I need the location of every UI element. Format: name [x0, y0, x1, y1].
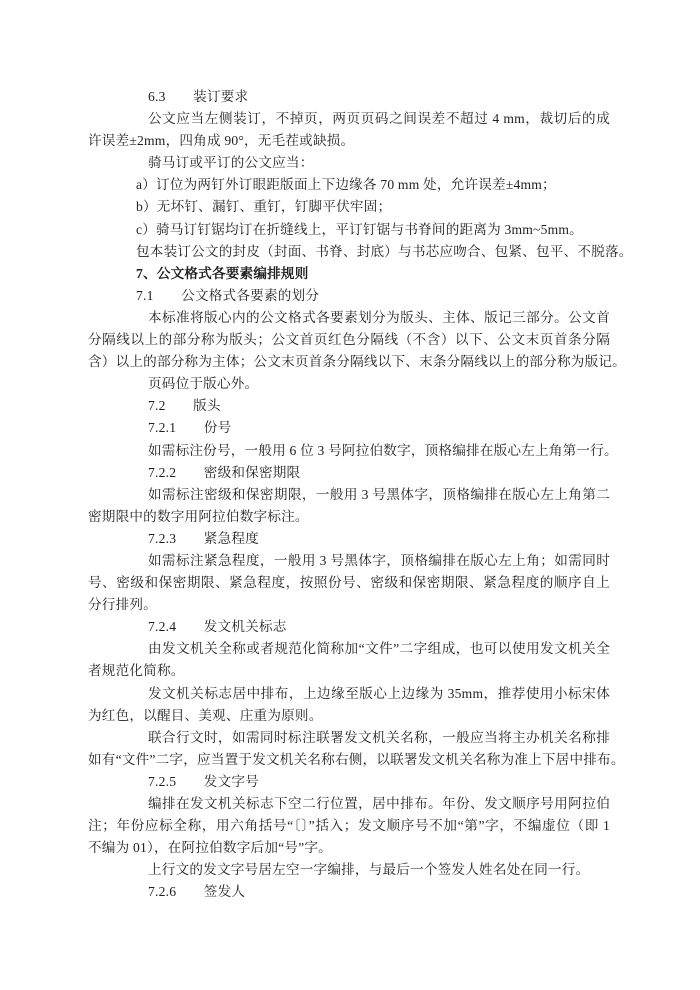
text-line: c）骑马订钉锯均订在折缝线上，平订钉锯与书脊间的距离为 3mm~5mm。 [88, 219, 610, 241]
text-line: 编排在发文机关标志下空二行位置，居中排布。年份、发文顺序号用阿拉伯数字标 [88, 793, 610, 815]
text-line: 分行排列。 [88, 594, 610, 616]
text-line: 分隔线以上的部分称为版头；公文首页红色分隔线（不含）以下、公文末页首条分隔线（不 [88, 329, 610, 351]
section-heading: 7、公文格式各要素编排规则 [88, 263, 610, 285]
document-body: 6.3 装订要求公文应当左侧装订，不掉页，两页页码之间误差不超过 4 mm，裁切… [88, 86, 610, 903]
text-line: 本标准将版心内的公文格式各要素划分为版头、主体、版记三部分。公文首页红色 [88, 307, 610, 329]
section-heading: 7.1 公文格式各要素的划分 [88, 285, 610, 307]
text-line: 公文应当左侧装订，不掉页，两页页码之间误差不超过 4 mm，裁切后的成品尺寸允 [88, 108, 610, 130]
section-heading: 7.2.3 紧急程度 [88, 528, 610, 550]
text-line: 骑马订或平订的公文应当： [88, 152, 610, 174]
text-line: 包本装订公文的封皮（封面、书脊、封底）与书芯应吻合、包紧、包平、不脱落。 [88, 241, 610, 263]
section-heading: 7.2.4 发文机关标志 [88, 616, 610, 638]
text-line: b）无坏钉、漏钉、重钉，钉脚平伏牢固； [88, 196, 610, 218]
text-line: 注；年份应标全称，用六角括号“〔〕”括入；发文顺序号不加“第”字，不编虚位（即 … [88, 815, 610, 837]
text-line: 发文机关标志居中排布，上边缘至版心上边缘为 35mm，推荐使用小标宋体字，颜色 [88, 683, 610, 705]
document-page: 6.3 装订要求公文应当左侧装订，不掉页，两页页码之间误差不超过 4 mm，裁切… [0, 0, 700, 990]
section-heading: 6.3 装订要求 [88, 86, 610, 108]
text-line: a）订位为两钉外订眼距版面上下边缘各 70 mm 处，允许误差±4mm； [88, 174, 610, 196]
text-line: 含）以上的部分称为主体；公文末页首条分隔线以下、末条分隔线以上的部分称为版记。 [88, 351, 610, 373]
text-line: 号、密级和保密期限、紧急程度，按照份号、密级和保密期限、紧急程度的顺序自上而下 [88, 572, 610, 594]
section-heading: 7.2 版头 [88, 395, 610, 417]
text-line: 不编为 01），在阿拉伯数字后加“号”字。 [88, 837, 610, 859]
section-heading: 7.2.2 密级和保密期限 [88, 462, 610, 484]
text-line: 为红色，以醒目、美观、庄重为原则。 [88, 705, 610, 727]
text-line: 联合行文时，如需同时标注联署发文机关名称，一般应当将主办机关名称排列在前； [88, 727, 610, 749]
text-line: 如需标注份号，一般用 6 位 3 号阿拉伯数字，顶格编排在版心左上角第一行。 [88, 440, 610, 462]
text-line: 页码位于版心外。 [88, 373, 610, 395]
section-heading: 7.2.1 份号 [88, 417, 610, 439]
text-line: 由发文机关全称或者规范化简称加“文件”二字组成，也可以使用发文机关全称或 [88, 638, 610, 660]
section-heading: 7.2.5 发文字号 [88, 771, 610, 793]
text-line: 如有“文件”二字，应当置于发文机关名称右侧，以联署发文机关名称为准上下居中排布。 [88, 749, 610, 771]
text-line: 者规范化简称。 [88, 660, 610, 682]
text-line: 许误差±2mm，四角成 90°，无毛茬或缺损。 [88, 130, 610, 152]
text-line: 如需标注紧急程度，一般用 3 号黑体字，顶格编排在版心左上角；如需同时标注份 [88, 550, 610, 572]
text-line: 密期限中的数字用阿拉伯数字标注。 [88, 506, 610, 528]
text-line: 上行文的发文字号居左空一字编排，与最后一个签发人姓名处在同一行。 [88, 859, 610, 881]
text-line: 如需标注密级和保密期限，一般用 3 号黑体字，顶格编排在版心左上角第二行；保 [88, 484, 610, 506]
section-heading: 7.2.6 签发人 [88, 881, 610, 903]
